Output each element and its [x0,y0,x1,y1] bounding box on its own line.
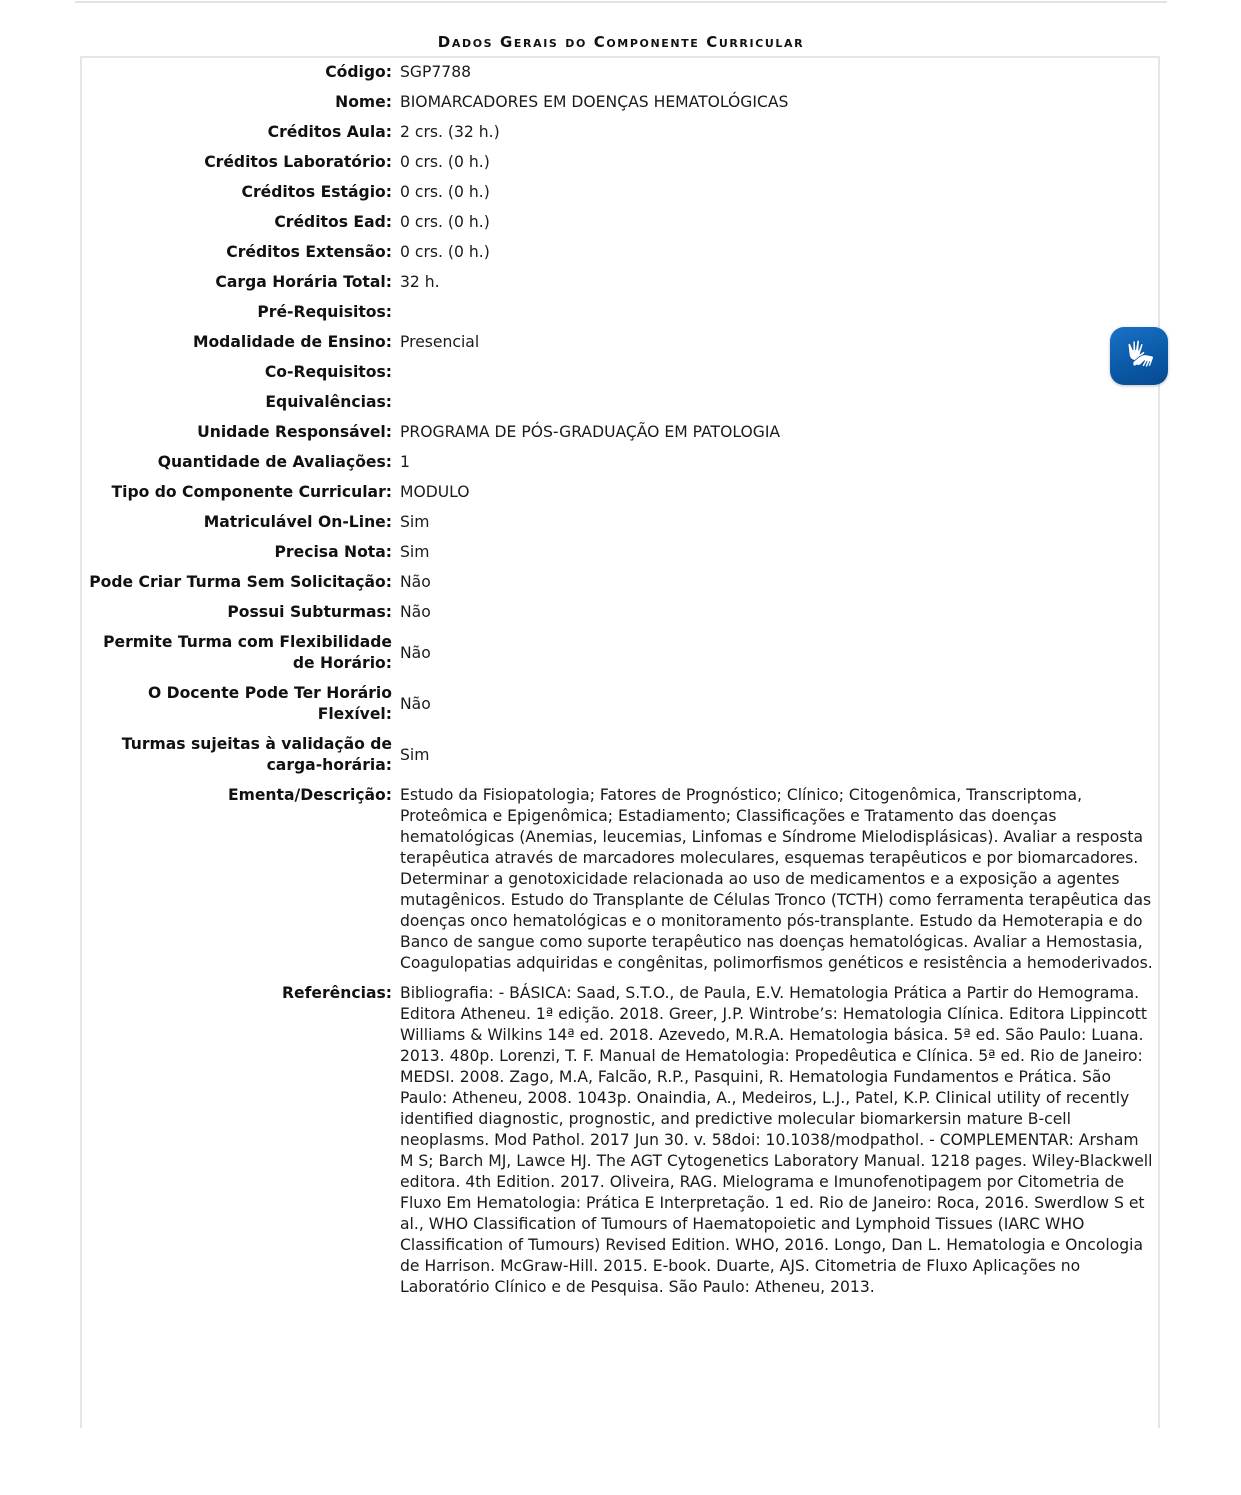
field-label: Equivalências: [82,388,400,418]
detail-row: Código:SGP7788 [82,58,1160,88]
field-label: Unidade Responsável: [82,418,400,448]
detail-row: Créditos Estágio:0 crs. (0 h.) [82,178,1160,208]
detail-row: Modalidade de Ensino:Presencial [82,328,1160,358]
field-value [400,388,1160,418]
field-value: MODULO [400,478,1160,508]
field-label: Tipo do Componente Curricular: [82,478,400,508]
field-label: Permite Turma com Flexibilidade de Horár… [82,628,400,679]
detail-row: Possui Subturmas:Não [82,598,1160,628]
field-value [400,358,1160,388]
field-label: Co-Requisitos: [82,358,400,388]
detail-row: Pode Criar Turma Sem Solicitação:Não [82,568,1160,598]
field-value: PROGRAMA DE PÓS-GRADUAÇÃO EM PATOLOGIA [400,418,1160,448]
field-label: Pode Criar Turma Sem Solicitação: [82,568,400,598]
detail-row: Tipo do Componente Curricular:MODULO [82,478,1160,508]
detail-row: Matriculável On-Line:Sim [82,508,1160,538]
field-label: Turmas sujeitas à validação de carga-hor… [82,730,400,781]
section-title: Dados Gerais do Componente Curricular [80,33,1162,51]
field-label: Créditos Laboratório: [82,148,400,178]
field-value: Não [400,598,1160,628]
field-label: Código: [82,58,400,88]
field-label: Precisa Nota: [82,538,400,568]
detail-row: Equivalências: [82,388,1160,418]
field-label: Quantidade de Avaliações: [82,448,400,478]
field-value: 1 [400,448,1160,478]
field-label: Possui Subturmas: [82,598,400,628]
field-label: Referências: [82,979,400,1303]
field-label: Créditos Ead: [82,208,400,238]
detail-row: Créditos Laboratório:0 crs. (0 h.) [82,148,1160,178]
field-value: Sim [400,538,1160,568]
field-value: 0 crs. (0 h.) [400,178,1160,208]
field-label: Modalidade de Ensino: [82,328,400,358]
field-value: Não [400,568,1160,598]
field-value: Sim [400,508,1160,538]
detail-row: Carga Horária Total:32 h. [82,268,1160,298]
field-label: Carga Horária Total: [82,268,400,298]
field-value: 0 crs. (0 h.) [400,238,1160,268]
field-label: Matriculável On-Line: [82,508,400,538]
top-divider [75,1,1167,3]
field-value: Não [400,628,1160,679]
field-value: 2 crs. (32 h.) [400,118,1160,148]
detail-row: Créditos Extensão:0 crs. (0 h.) [82,238,1160,268]
field-label: O Docente Pode Ter Horário Flexível: [82,679,400,730]
field-label: Nome: [82,88,400,118]
detail-row: Turmas sujeitas à validação de carga-hor… [82,730,1160,781]
detail-row: Unidade Responsável:PROGRAMA DE PÓS-GRAD… [82,418,1160,448]
detail-row: Nome:BIOMARCADORES EM DOENÇAS HEMATOLÓGI… [82,88,1160,118]
field-value: Não [400,679,1160,730]
field-value: Presencial [400,328,1160,358]
detail-row: Co-Requisitos: [82,358,1160,388]
field-value: 0 crs. (0 h.) [400,148,1160,178]
detail-row: Créditos Ead:0 crs. (0 h.) [82,208,1160,238]
detail-row: Permite Turma com Flexibilidade de Horár… [82,628,1160,679]
field-label: Pré-Requisitos: [82,298,400,328]
field-label: Créditos Estágio: [82,178,400,208]
accessibility-sign-language-button[interactable] [1110,327,1168,385]
field-label: Créditos Aula: [82,118,400,148]
component-details-table: Código:SGP7788Nome:BIOMARCADORES EM DOEN… [82,58,1160,1303]
detail-row: Quantidade de Avaliações:1 [82,448,1160,478]
field-value: Bibliografia: - BÁSICA: Saad, S.T.O., de… [400,979,1160,1303]
detail-row: O Docente Pode Ter Horário Flexível:Não [82,679,1160,730]
field-value [400,298,1160,328]
detail-row: Pré-Requisitos: [82,298,1160,328]
field-value: BIOMARCADORES EM DOENÇAS HEMATOLÓGICAS [400,88,1160,118]
detail-row: Créditos Aula:2 crs. (32 h.) [82,118,1160,148]
field-value: Sim [400,730,1160,781]
field-value: Estudo da Fisiopatologia; Fatores de Pro… [400,781,1160,979]
detail-row: Precisa Nota:Sim [82,538,1160,568]
sign-language-hands-icon [1119,336,1159,376]
detail-row: Ementa/Descrição:Estudo da Fisiopatologi… [82,781,1160,979]
detail-row: Referências:Bibliografia: - BÁSICA: Saad… [82,979,1160,1303]
field-value: SGP7788 [400,58,1160,88]
field-label: Créditos Extensão: [82,238,400,268]
field-label: Ementa/Descrição: [82,781,400,979]
field-value: 32 h. [400,268,1160,298]
field-value: 0 crs. (0 h.) [400,208,1160,238]
